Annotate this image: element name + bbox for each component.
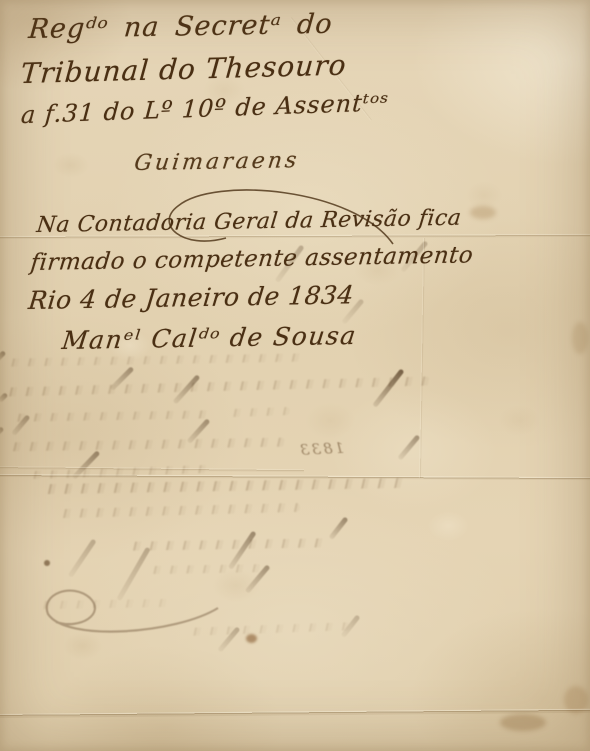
bleed-stroke: [0, 392, 8, 403]
bleed-stroke: [0, 350, 6, 362]
bleed-text-row: [60, 503, 300, 518]
stain: [572, 322, 588, 354]
registration-line-1: Regᵈᵒ na Secretᵃ do: [27, 9, 334, 45]
bleed-text-row: [150, 564, 270, 574]
bleed-stroke: [68, 539, 97, 578]
bleed-stroke: [329, 516, 349, 540]
stain: [500, 714, 546, 731]
bleed-stroke: [0, 426, 4, 437]
signature-sousa: Manᵉˡ Calᵈᵒ de Sousa: [60, 321, 358, 355]
manuscript-page: Regᵈᵒ na Secretᵃ do Tribunal do Thesouro…: [0, 0, 590, 751]
bleed-signature-flourish: [36, 574, 226, 636]
bleed-text-row: [6, 376, 430, 396]
bleed-text-row: [8, 353, 308, 366]
bleed-text-row: [130, 538, 330, 550]
registration-line-2: Tribunal do Thesouro: [19, 48, 348, 90]
bleed-text-row: [230, 407, 290, 417]
bleed-year-mark: 1833: [298, 439, 345, 459]
stain: [44, 560, 50, 566]
bleed-stroke: [372, 368, 404, 407]
bleed-text-row: [14, 410, 214, 421]
fold-crease-vertical: [419, 238, 425, 478]
registration-line-3: a f.31 do Lº 10º de Assentᵗᵒˢ: [20, 88, 390, 129]
bleed-text-row: [45, 478, 405, 494]
stain: [470, 206, 496, 219]
stain: [246, 634, 257, 643]
clerk-line-3: Rio 4 de Janeiro de 1834: [27, 280, 356, 315]
fold-crease-lower: [0, 709, 590, 718]
bleed-text-row: [10, 438, 285, 452]
signature-guimaraens: Guimaraens: [133, 148, 301, 176]
bleed-stroke: [397, 434, 420, 460]
clerk-line-2: firmado o competente assentamento: [29, 242, 474, 276]
